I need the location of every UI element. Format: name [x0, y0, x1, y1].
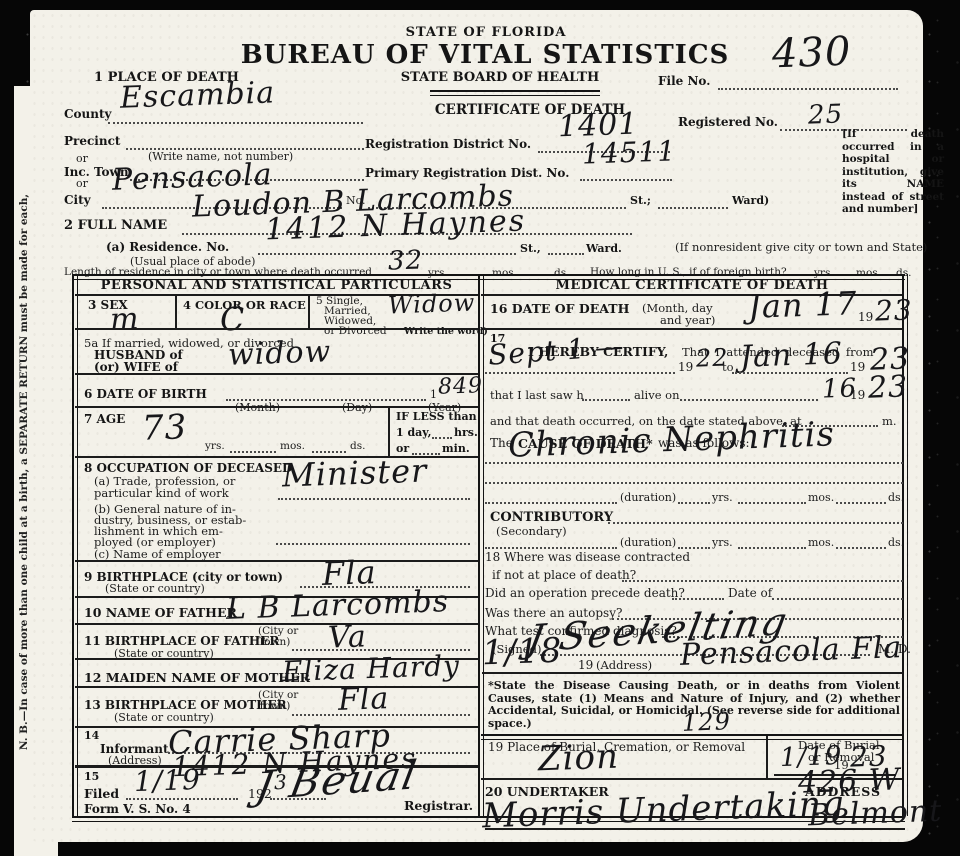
filed-label: Filed [84, 786, 119, 801]
rule [75, 406, 478, 408]
duration-label: (duration) [620, 536, 676, 549]
dotted-line [738, 502, 806, 504]
filed-number: 15 [84, 770, 99, 783]
rule [72, 274, 78, 816]
rule [175, 296, 177, 328]
dotted-line [485, 482, 903, 484]
rule [481, 328, 902, 330]
yrs-label: yrs. [205, 440, 225, 452]
dotted-line [658, 207, 728, 209]
registered-no-value: 25 [807, 99, 843, 130]
last-saw-year-value: 23 [867, 369, 908, 405]
rule [308, 296, 310, 328]
attended-to-value: Jan 16 [739, 336, 843, 375]
mos-label: mos. [280, 440, 305, 452]
dotted-line [608, 522, 903, 524]
rule [75, 328, 478, 330]
wife-of-label: (or) WIFE of [94, 360, 178, 374]
dotted-line [432, 437, 452, 439]
date-of-death-value: Jan 17 [747, 284, 858, 326]
dotted-line [680, 399, 818, 401]
county-label: County [64, 107, 112, 121]
mos-label: mos. [808, 491, 834, 504]
date-of-death-year: 23 [874, 293, 913, 327]
mother-birthplace-label: 13 BIRTHPLACE OF MOTHER [84, 698, 287, 712]
rule [766, 736, 768, 778]
primary-registration-value: 14511 [581, 134, 676, 170]
ds-label: ds. [350, 440, 365, 452]
dotted-line [672, 598, 724, 600]
m-label: m. [882, 414, 897, 428]
date-of-birth-label: 6 DATE OF BIRTH [84, 387, 207, 401]
dotted-line [622, 580, 903, 582]
if-less-label: IF LESS than [396, 410, 477, 423]
informant-number: 14 [84, 729, 99, 742]
sex-value: m [109, 301, 140, 337]
color-race-value: C [219, 300, 246, 339]
form-number-label: Form V. S. No. 4 [84, 802, 191, 816]
board-label: STATE BOARD OF HEALTH [360, 70, 640, 85]
dotted-line [108, 122, 363, 124]
dotted-line [836, 547, 886, 549]
county-value: Escambia [119, 75, 275, 115]
yrs-label: yrs. [712, 491, 733, 504]
yrs-label: yrs. [712, 536, 733, 549]
dotted-line [126, 798, 238, 800]
mother-name-label: 12 MAIDEN NAME OF MOTHER [84, 670, 310, 685]
rule [482, 672, 903, 674]
nonresident-hint: (If nonresident give city or town and St… [675, 240, 927, 254]
dotted-line [485, 372, 675, 374]
st-label: St.; [630, 194, 651, 207]
rule [75, 373, 478, 375]
occupation-a-line2: particular kind of work [94, 486, 229, 500]
dotted-line [582, 399, 630, 401]
dotted-line [738, 547, 806, 549]
mos-label: mos. [808, 536, 834, 549]
board-underline [430, 90, 600, 96]
footnote-number-value: 129 [682, 707, 732, 737]
dotted-line [276, 543, 470, 545]
city-or-town-hint: (City or Town) [258, 626, 298, 648]
length-of-residence-value: 32 [387, 245, 423, 276]
rule [388, 408, 390, 456]
signed-date-value: 1/18 [481, 631, 563, 674]
primary-registration-label: Primary Registration Dist. No. [365, 166, 569, 180]
printed-19: 19 [850, 388, 865, 402]
occupation-value: Minister [281, 451, 428, 494]
file-no-value: 430 [771, 29, 852, 78]
dotted-line [548, 253, 584, 255]
address-hint: (Address) [596, 658, 652, 672]
city-label: City [64, 193, 91, 207]
occupation-c-label: (c) Name of employer [94, 547, 221, 561]
marital-value: Widow [388, 288, 476, 319]
father-birthplace-label: 11 BIRTHPLACE OF FATHER [84, 634, 279, 648]
burial-place-value: Zion [537, 737, 619, 780]
age-label: 7 AGE [84, 412, 125, 426]
date-of-death-label: 16 DATE OF DEATH [490, 301, 629, 316]
registrar-label: Registrar. [404, 798, 473, 813]
marital-option-4: or Divorced [324, 325, 387, 337]
printed-19: 19 [578, 658, 593, 672]
duration-label: (duration) [620, 491, 676, 504]
residence-ward-label: Ward. [586, 242, 622, 255]
where-disease-contracted-label: 18 Where was disease contracted [485, 550, 690, 564]
attended-from-value: Sept 1 — [487, 329, 626, 371]
dotted-line [836, 502, 886, 504]
operation-label: Did an operation precede death? [485, 586, 685, 600]
state-title: STATE OF FLORIDA [276, 25, 696, 40]
occupation-label: 8 OCCUPATION OF DECEASED [84, 461, 292, 475]
residence-st-label: St., [520, 242, 541, 255]
dob-printed-1: 1 [430, 388, 437, 401]
dob-value: 849 [438, 373, 484, 400]
rule [485, 828, 905, 830]
secondary-label: (Secondary) [496, 524, 567, 538]
if-not-at-place-label: if not at place of death? [492, 568, 636, 582]
alive-on-label: alive on [634, 388, 680, 402]
father-name-label: 10 NAME OF FATHER [84, 605, 237, 620]
dotted-line [278, 498, 470, 500]
registration-district-label: Registration District No. [365, 137, 531, 151]
printed-19: 19 [678, 360, 693, 374]
residence-label: (a) Residence. No. [106, 240, 229, 254]
dotted-line [718, 88, 898, 90]
printed-19: 19 [850, 360, 865, 374]
certificate-page: STATE OF FLORIDA BUREAU OF VITAL STATIST… [30, 10, 923, 842]
mother-birthplace-value: Fla [337, 681, 389, 718]
ward-label: Ward) [732, 194, 769, 207]
dod-hint-line2: and year) [660, 313, 715, 327]
rule [75, 560, 478, 562]
state-country-hint: (State or country) [105, 582, 205, 595]
hospital-note: [If death occurred in a hospital or inst… [842, 128, 944, 216]
ds-label: ds. [888, 536, 904, 549]
signed-address-value: Pensacola Fla [679, 630, 902, 673]
last-saw-label: that I last saw h [490, 388, 584, 402]
age-value: 73 [141, 407, 188, 449]
dotted-line [230, 451, 276, 453]
date-of-label: Date of [728, 586, 772, 600]
file-no-label: File No. [658, 74, 710, 88]
one-day-label: 1 day, [396, 426, 431, 439]
ds-label: ds. [888, 491, 904, 504]
scanned-death-certificate: { "margin": { "line1": "N. B.—In case of… [0, 0, 960, 856]
spouse-value: widow [227, 334, 331, 373]
dotted-line [678, 502, 710, 504]
hrs-label: hrs. [454, 426, 478, 439]
city-or-town-hint: (City or Town) [258, 690, 298, 712]
filed-date-value: 1/19 [133, 763, 201, 798]
printed-19: 19 [858, 310, 873, 324]
precinct-label: Precinct [64, 134, 120, 148]
or-word: or [76, 152, 88, 165]
dotted-line [485, 502, 617, 504]
registered-no-label: Registered No. [678, 115, 778, 129]
min-label: min. [442, 442, 470, 455]
or-word: or [76, 177, 88, 190]
dotted-line [678, 547, 710, 549]
bureau-title: BUREAU OF VITAL STATISTICS [200, 40, 770, 70]
rule [75, 686, 478, 688]
full-name-label: 2 FULL NAME [64, 218, 167, 233]
dotted-line [485, 547, 617, 549]
dotted-line [312, 451, 346, 453]
dotted-line [580, 179, 672, 181]
contributory-label: CONTRIBUTORY [490, 510, 613, 525]
